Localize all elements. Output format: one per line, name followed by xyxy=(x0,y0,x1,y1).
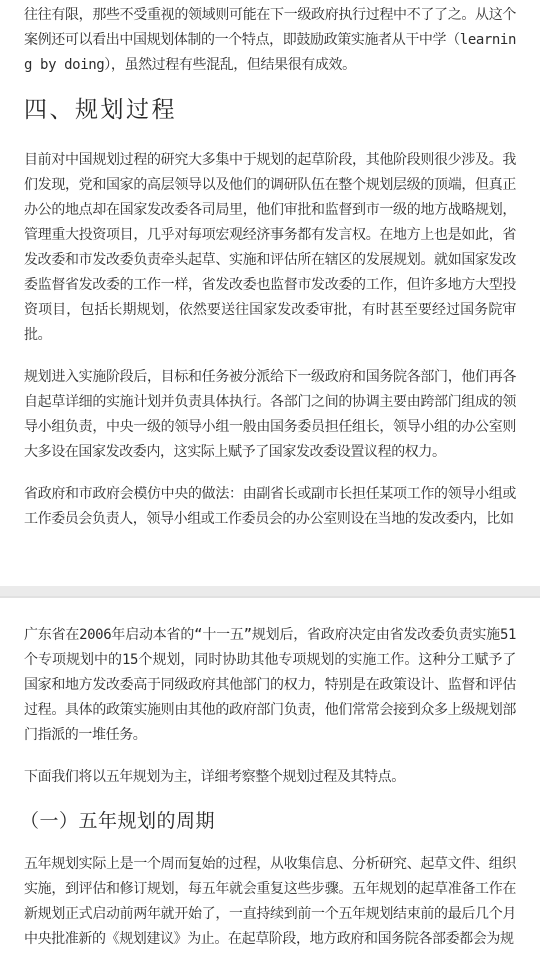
body-paragraph: 下面我们将以五年规划为主，详细考察整个规划过程及其特点。 xyxy=(24,765,516,790)
section-subheading: （一）五年规划的周期 xyxy=(20,807,516,835)
body-paragraph: 目前对中国规划过程的研究大多集中于规划的起草阶段，其他阶段则很少涉及。我们发现，… xyxy=(24,148,516,348)
body-paragraph: 广东省在2006年启动本省的“十一五”规划后，省政府决定由省发改委负责实施51个… xyxy=(24,623,516,748)
page-break-divider xyxy=(0,586,540,598)
body-paragraph: 规划进入实施阶段后，目标和任务被分派给下一级政府和国务院各部门，他们再各自起草详… xyxy=(24,365,516,465)
chapter-heading: 四、规划过程 xyxy=(24,95,516,125)
body-paragraph: 省政府和市政府会模仿中央的做法：由副省长或副市长担任某项工作的领导小组或工作委员… xyxy=(24,482,516,532)
ebook-reader-page: 往往有限，那些不受重视的领域则可能在下一级政府执行过程中不了了之。从这个案例还可… xyxy=(0,0,540,960)
body-paragraph: 往往有限，那些不受重视的领域则可能在下一级政府执行过程中不了了之。从这个案例还可… xyxy=(24,3,516,78)
body-paragraph: 五年规划实际上是一个周而复始的过程，从收集信息、分析研究、起草文件、组织实施，到… xyxy=(24,852,516,952)
book-page-upper: 往往有限，那些不受重视的领域则可能在下一级政府执行过程中不了了之。从这个案例还可… xyxy=(0,0,540,586)
book-page-lower: 广东省在2006年启动本省的“十一五”规划后，省政府决定由省发改委负责实施51个… xyxy=(0,598,540,960)
